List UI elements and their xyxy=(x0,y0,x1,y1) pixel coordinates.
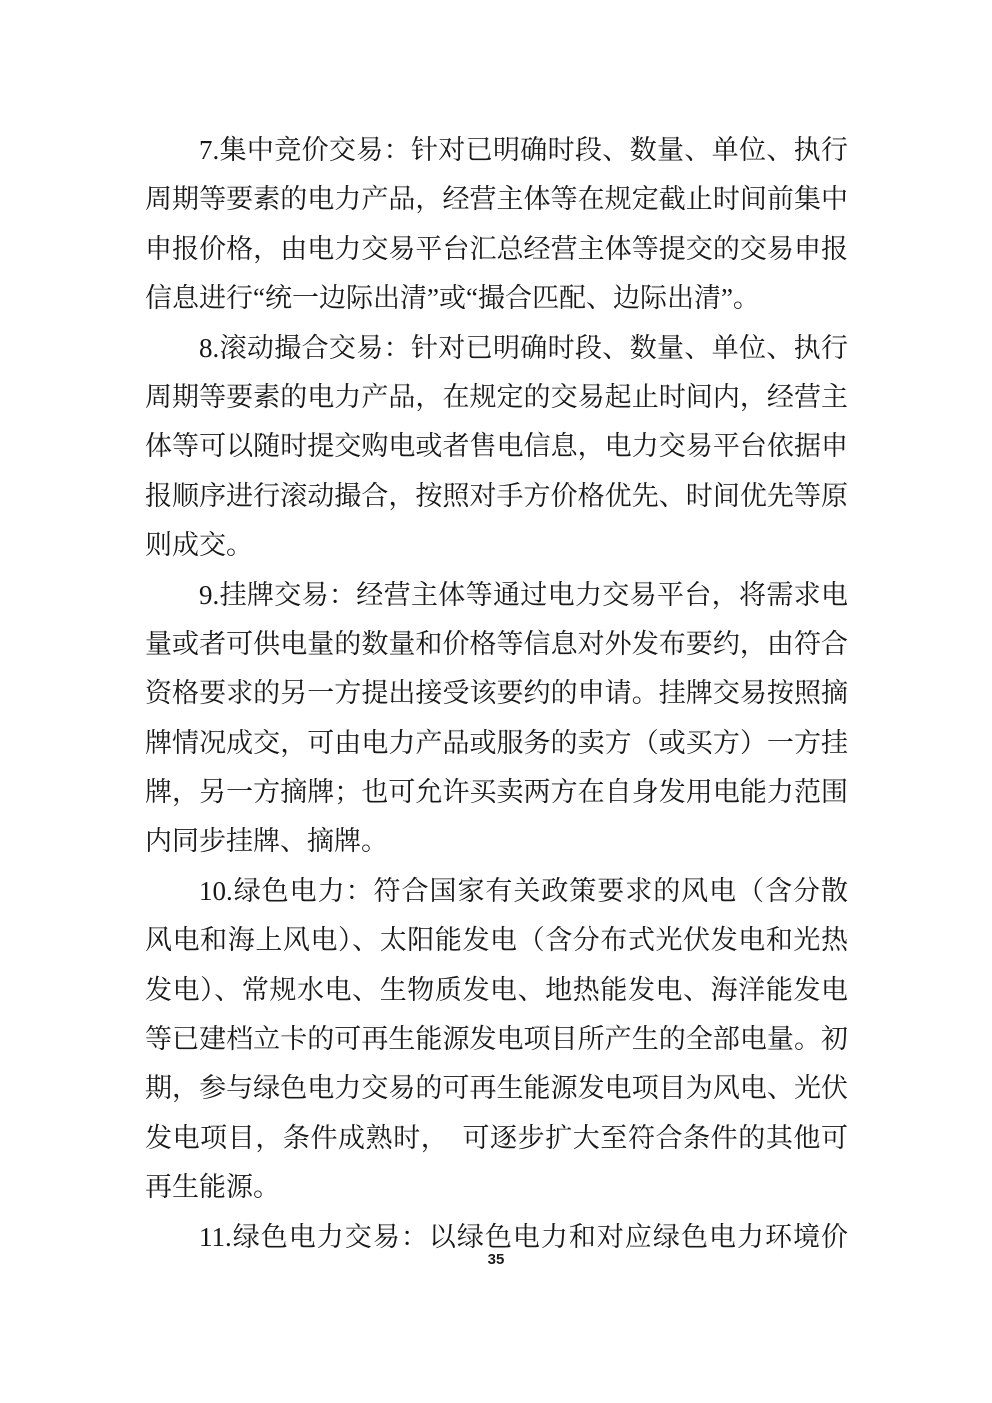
text-line: 发电项目，条件成熟时， 可逐步扩大至符合条件的其他可 xyxy=(145,1114,848,1163)
text-line: 10.绿色电力：符合国家有关政策要求的风电（含分散式 xyxy=(145,867,848,916)
body-text: 7.集中竞价交易：针对已明确时段、数量、单位、执行 周期等要素的电力产品，经营主… xyxy=(145,126,848,1262)
text-line: 再生能源。 xyxy=(145,1163,848,1212)
text-line: 申报价格，由电力交易平台汇总经营主体等提交的交易申报 xyxy=(145,225,848,274)
text-line: 牌情况成交，可由电力产品或服务的卖方（或买方）一方挂 xyxy=(145,719,848,768)
text-line: 体等可以随时提交购电或者售电信息，电力交易平台依据申 xyxy=(145,422,848,471)
text-line: 周期等要素的电力产品，在规定的交易起止时间内，经营主 xyxy=(145,373,848,422)
text-line: 牌，另一方摘牌；也可允许买卖两方在自身发用电能力范围 xyxy=(145,768,848,817)
text-line: 期，参与绿色电力交易的可再生能源发电项目为风电、光伏 xyxy=(145,1064,848,1113)
text-line: 内同步挂牌、摘牌。 xyxy=(145,817,848,866)
paragraph-9-listing-trading: 9.挂牌交易：经营主体等通过电力交易平台，将需求电 量或者可供电量的数量和价格等… xyxy=(145,571,848,867)
text-line: 风电和海上风电）、太阳能发电（含分布式光伏发电和光热 xyxy=(145,916,848,965)
text-line: 周期等要素的电力产品，经营主体等在规定截止时间前集中 xyxy=(145,175,848,224)
text-line: 报顺序进行滚动撮合，按照对手方价格优先、时间优先等原 xyxy=(145,472,848,521)
text-line: 9.挂牌交易：经营主体等通过电力交易平台，将需求电 xyxy=(145,571,848,620)
text-line: 资格要求的另一方提出接受该要约的申请。挂牌交易按照摘 xyxy=(145,669,848,718)
page-number: 35 xyxy=(0,1250,992,1270)
text-line: 则成交。 xyxy=(145,521,848,570)
text-line: 量或者可供电量的数量和价格等信息对外发布要约，由符合 xyxy=(145,620,848,669)
paragraph-8-rolling-matching: 8.滚动撮合交易：针对已明确时段、数量、单位、执行 周期等要素的电力产品，在规定… xyxy=(145,324,848,571)
text-line: 等已建档立卡的可再生能源发电项目所产生的全部电量。初 xyxy=(145,1015,848,1064)
text-line: 信息进行“统一边际出清”或“撮合匹配、边际出清”。 xyxy=(145,274,848,323)
text-line: 发电）、常规水电、生物质发电、地热能发电、海洋能发电 xyxy=(145,966,848,1015)
document-page: 7.集中竞价交易：针对已明确时段、数量、单位、执行 周期等要素的电力产品，经营主… xyxy=(0,0,992,1403)
text-line: 7.集中竞价交易：针对已明确时段、数量、单位、执行 xyxy=(145,126,848,175)
paragraph-7-centralized-bidding: 7.集中竞价交易：针对已明确时段、数量、单位、执行 周期等要素的电力产品，经营主… xyxy=(145,126,848,324)
paragraph-10-green-power: 10.绿色电力：符合国家有关政策要求的风电（含分散式 风电和海上风电）、太阳能发… xyxy=(145,867,848,1213)
text-line: 8.滚动撮合交易：针对已明确时段、数量、单位、执行 xyxy=(145,324,848,373)
